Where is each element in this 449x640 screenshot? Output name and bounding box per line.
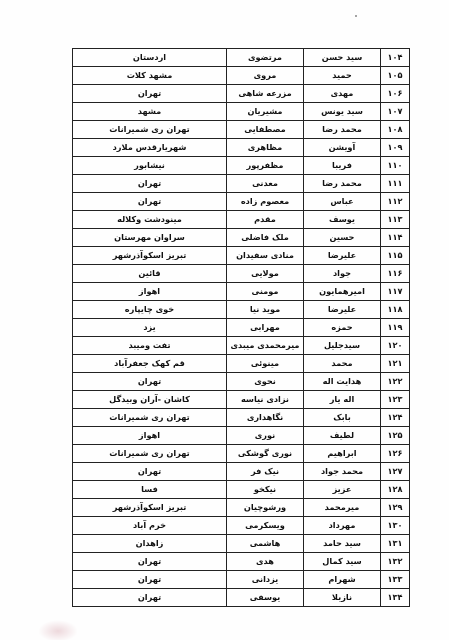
city-cell: تهران — [73, 85, 227, 103]
last-name-cell: یزدانی — [227, 571, 304, 589]
stamp-smudge — [38, 620, 78, 640]
row-number: ۱۱۳ — [381, 211, 410, 229]
last-name-cell: ویسکرمی — [227, 517, 304, 535]
row-number: ۱۲۰ — [381, 337, 410, 355]
first-name-cell: هدایت اله — [304, 373, 381, 391]
row-number: ۱۱۶ — [381, 265, 410, 283]
last-name-cell: مشیریان — [227, 103, 304, 121]
first-name-cell: سیدجلیل — [304, 337, 381, 355]
row-number: ۱۳۱ — [381, 535, 410, 553]
last-name-cell: نگاهداری — [227, 409, 304, 427]
first-name-cell: سید حسن — [304, 49, 381, 67]
last-name-cell: هاشمی — [227, 535, 304, 553]
city-cell: مینودشت وکلاله — [73, 211, 227, 229]
first-name-cell: میرمحمد — [304, 499, 381, 517]
row-number: ۱۲۲ — [381, 373, 410, 391]
city-cell: نیشابور — [73, 157, 227, 175]
first-name-cell: حسین — [304, 229, 381, 247]
row-number: ۱۰۷ — [381, 103, 410, 121]
city-cell: تهران — [73, 589, 227, 607]
first-name-cell: فریبا — [304, 157, 381, 175]
first-name-cell: عزیز — [304, 481, 381, 499]
table-row: ۱۱۰فریبامظفرپورنیشابور — [73, 157, 410, 175]
row-number: ۱۱۵ — [381, 247, 410, 265]
city-cell: زاهدان — [73, 535, 227, 553]
city-cell: تهران — [73, 193, 227, 211]
last-name-cell: موید نیا — [227, 301, 304, 319]
row-number: ۱۱۸ — [381, 301, 410, 319]
first-name-cell: یوسف — [304, 211, 381, 229]
first-name-cell: علیرضا — [304, 301, 381, 319]
table-row: ۱۱۴حسینملک فاضلیسراوان مهرستان — [73, 229, 410, 247]
last-name-cell: منادی سفیدان — [227, 247, 304, 265]
first-name-cell: محمد — [304, 355, 381, 373]
city-cell: یزد — [73, 319, 227, 337]
row-number: ۱۱۲ — [381, 193, 410, 211]
row-number: ۱۰۹ — [381, 139, 410, 157]
table-row: ۱۰۵حمیدمرویمشهد کلات — [73, 67, 410, 85]
city-cell: شهریارقدس ملارد — [73, 139, 227, 157]
row-number: ۱۰۴ — [381, 49, 410, 67]
row-number: ۱۰۸ — [381, 121, 410, 139]
row-number: ۱۲۳ — [381, 391, 410, 409]
last-name-cell: نیک فر — [227, 463, 304, 481]
last-name-cell: مینوئی — [227, 355, 304, 373]
city-cell: اهواز — [73, 427, 227, 445]
city-cell: تهران — [73, 175, 227, 193]
table-row: ۱۱۵علیرضامنادی سفیدانتبریز اسکوآذرشهر — [73, 247, 410, 265]
table-row: ۱۲۰سیدجلیلمیرمحمدی میبدیتفت ومیبد — [73, 337, 410, 355]
table-row: ۱۲۸عزیزنیکخوفسا — [73, 481, 410, 499]
table-row: ۱۲۴بابکنگاهداریتهران ری شمیرانات — [73, 409, 410, 427]
last-name-cell: هدی — [227, 553, 304, 571]
row-number: ۱۳۰ — [381, 517, 410, 535]
last-name-cell: میرمحمدی میبدی — [227, 337, 304, 355]
table-row: ۱۰۸محمد رضامصطفاییتهران ری شمیرانات — [73, 121, 410, 139]
row-number: ۱۲۸ — [381, 481, 410, 499]
city-cell: تهران — [73, 373, 227, 391]
table-row: ۱۲۷محمد جوادنیک فرتهران — [73, 463, 410, 481]
last-name-cell: مهرابی — [227, 319, 304, 337]
city-cell: اردستان — [73, 49, 227, 67]
first-name-cell: اله یار — [304, 391, 381, 409]
first-name-cell: ابراهیم — [304, 445, 381, 463]
table-row: ۱۰۴سید حسنمرتضویاردستان — [73, 49, 410, 67]
row-number: ۱۳۲ — [381, 553, 410, 571]
row-number: ۱۱۹ — [381, 319, 410, 337]
city-cell: تهران — [73, 463, 227, 481]
row-number: ۱۰۵ — [381, 67, 410, 85]
first-name-cell: امیرهمایون — [304, 283, 381, 301]
first-name-cell: جواد — [304, 265, 381, 283]
names-table: ۱۰۴سید حسنمرتضویاردستان۱۰۵حمیدمرویمشهد ک… — [72, 48, 410, 607]
row-number: ۱۱۰ — [381, 157, 410, 175]
table-row: ۱۱۳یوسفمقدممینودشت وکلاله — [73, 211, 410, 229]
city-cell: تفت ومیبد — [73, 337, 227, 355]
row-number: ۱۲۵ — [381, 427, 410, 445]
row-number: ۱۲۶ — [381, 445, 410, 463]
table-body: ۱۰۴سید حسنمرتضویاردستان۱۰۵حمیدمرویمشهد ک… — [73, 49, 410, 607]
row-number: ۱۱۴ — [381, 229, 410, 247]
table-row: ۱۳۱سید حامدهاشمیزاهدان — [73, 535, 410, 553]
last-name-cell: مزرعه شاهی — [227, 85, 304, 103]
city-cell: قائین — [73, 265, 227, 283]
last-name-cell: نزادی نیاسه — [227, 391, 304, 409]
city-cell: مشهد کلات — [73, 67, 227, 85]
table-row: ۱۳۳شهرامیزدانیتهران — [73, 571, 410, 589]
last-name-cell: ورشوچیان — [227, 499, 304, 517]
last-name-cell: نیکخو — [227, 481, 304, 499]
table-row: ۱۲۱محمدمینوئیقم کهک جعفرآباد — [73, 355, 410, 373]
last-name-cell: معدنی — [227, 175, 304, 193]
row-number: ۱۲۹ — [381, 499, 410, 517]
table-row: ۱۲۹میرمحمدورشوچیانتبریز اسکوآذرشهر — [73, 499, 410, 517]
first-name-cell: لطیف — [304, 427, 381, 445]
first-name-cell: مهرداد — [304, 517, 381, 535]
table-row: ۱۲۶ابراهیمنوری گوشکیتهران ری شمیرانات — [73, 445, 410, 463]
last-name-cell: مولایی — [227, 265, 304, 283]
table-row: ۱۱۹حمزهمهرابییزد — [73, 319, 410, 337]
table-row: ۱۲۲هدایت الهنحویتهران — [73, 373, 410, 391]
first-name-cell: حمزه — [304, 319, 381, 337]
city-cell: فسا — [73, 481, 227, 499]
last-name-cell: نوری گوشکی — [227, 445, 304, 463]
city-cell: تهران — [73, 553, 227, 571]
last-name-cell: مظفرپور — [227, 157, 304, 175]
row-number: ۱۱۱ — [381, 175, 410, 193]
first-name-cell: سید یونس — [304, 103, 381, 121]
row-number: ۱۲۷ — [381, 463, 410, 481]
row-number: ۱۰۶ — [381, 85, 410, 103]
first-name-cell: شهرام — [304, 571, 381, 589]
row-number: ۱۲۴ — [381, 409, 410, 427]
city-cell: تهران ری شمیرانات — [73, 409, 227, 427]
first-name-cell: حمید — [304, 67, 381, 85]
city-cell: سراوان مهرستان — [73, 229, 227, 247]
last-name-cell: مقدم — [227, 211, 304, 229]
city-cell: تهران — [73, 571, 227, 589]
city-cell: تبریز اسکوآذرشهر — [73, 499, 227, 517]
table-row: ۱۳۲سید کمالهدیتهران — [73, 553, 410, 571]
table-row: ۱۳۰مهردادویسکرمیخرم آباد — [73, 517, 410, 535]
first-name-cell: سید حامد — [304, 535, 381, 553]
table-row: ۱۱۷امیرهمایونمومنیاهواز — [73, 283, 410, 301]
table-row: ۱۰۹آویشنمظاهریشهریارقدس ملارد — [73, 139, 410, 157]
last-name-cell: نحوی — [227, 373, 304, 391]
city-cell: قم کهک جعفرآباد — [73, 355, 227, 373]
table-row: ۱۲۵لطیفنوریاهواز — [73, 427, 410, 445]
first-name-cell: محمد رضا — [304, 175, 381, 193]
first-name-cell: محمد جواد — [304, 463, 381, 481]
city-cell: خوی چایپاره — [73, 301, 227, 319]
first-name-cell: محمد رضا — [304, 121, 381, 139]
first-name-cell: علیرضا — [304, 247, 381, 265]
first-name-cell: آویشن — [304, 139, 381, 157]
city-cell: اهواز — [73, 283, 227, 301]
last-name-cell: مظاهری — [227, 139, 304, 157]
city-cell: تهران ری شمیرانات — [73, 445, 227, 463]
last-name-cell: مرتضوی — [227, 49, 304, 67]
city-cell: خرم آباد — [73, 517, 227, 535]
last-name-cell: ملک فاضلی — [227, 229, 304, 247]
table-row: ۱۱۱محمد رضامعدنیتهران — [73, 175, 410, 193]
row-number: ۱۱۷ — [381, 283, 410, 301]
first-name-cell: نازیلا — [304, 589, 381, 607]
last-name-cell: یوسفی — [227, 589, 304, 607]
city-cell: تبریز اسکوآذرشهر — [73, 247, 227, 265]
first-name-cell: بابک — [304, 409, 381, 427]
table-row: ۱۰۷سید یونسمشیریانمشهد — [73, 103, 410, 121]
last-name-cell: نوری — [227, 427, 304, 445]
city-cell: مشهد — [73, 103, 227, 121]
first-name-cell: سید کمال — [304, 553, 381, 571]
row-number: ۱۳۳ — [381, 571, 410, 589]
table-row: ۱۳۴نازیلایوسفیتهران — [73, 589, 410, 607]
scanned-page: ۱۰۴سید حسنمرتضویاردستان۱۰۵حمیدمرویمشهد ک… — [0, 0, 449, 640]
city-cell: تهران ری شمیرانات — [73, 121, 227, 139]
speck-mark — [355, 15, 357, 17]
last-name-cell: مومنی — [227, 283, 304, 301]
last-name-cell: معصوم زاده — [227, 193, 304, 211]
row-number: ۱۳۴ — [381, 589, 410, 607]
table-row: ۱۲۳اله یارنزادی نیاسهکاشان -آران وبیدگل — [73, 391, 410, 409]
city-cell: کاشان -آران وبیدگل — [73, 391, 227, 409]
last-name-cell: مروی — [227, 67, 304, 85]
first-name-cell: مهدی — [304, 85, 381, 103]
last-name-cell: مصطفایی — [227, 121, 304, 139]
first-name-cell: عباس — [304, 193, 381, 211]
table-row: ۱۱۶جوادمولاییقائین — [73, 265, 410, 283]
table-row: ۱۰۶مهدیمزرعه شاهیتهران — [73, 85, 410, 103]
table-row: ۱۱۸علیرضاموید نیاخوی چایپاره — [73, 301, 410, 319]
table-row: ۱۱۲عباسمعصوم زادهتهران — [73, 193, 410, 211]
row-number: ۱۲۱ — [381, 355, 410, 373]
